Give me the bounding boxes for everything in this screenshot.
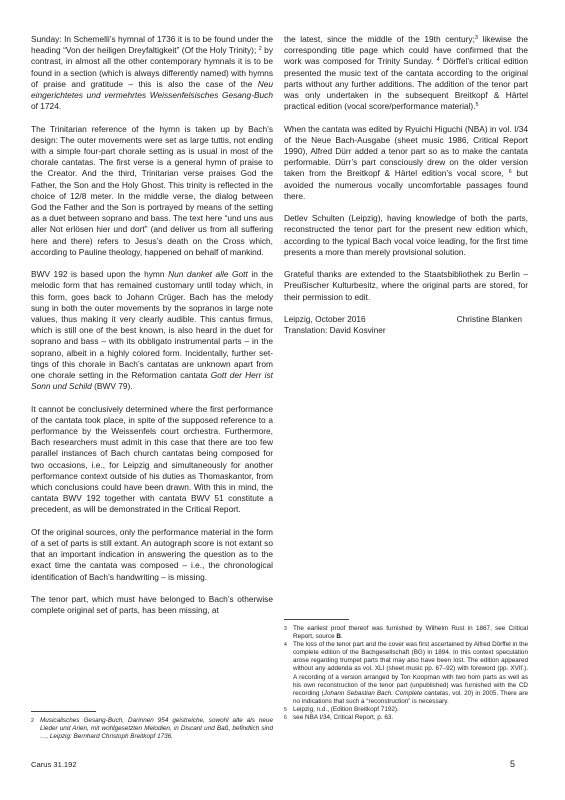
footnote-number: 2 (31, 717, 40, 741)
footnote-reference: 5 (476, 102, 479, 108)
signature-place-date: Leipzig, October 2016 (284, 314, 366, 325)
paragraph: It cannot be conclusively determined whe… (31, 404, 273, 516)
footnote-reference: 2 (259, 46, 262, 52)
footnote-text: Musicalisches Gesang-Buch, Darinnen 954 … (40, 717, 273, 741)
footnote-list: 3The earliest proof thereof was furnishe… (284, 625, 528, 722)
footnotes-left: 2Musicalisches Gesang-Buch, Darinnen 954… (31, 711, 273, 741)
footnote-rule (284, 619, 349, 620)
footnote-reference: 6 (509, 169, 512, 175)
footnote-number: 5 (284, 706, 293, 714)
left-column: Sunday: In Schemelli’s hymnal of 1736 it… (31, 34, 273, 616)
footnote-text: Leipzig, n.d., (Edition Breitkopf 7192). (293, 706, 528, 714)
paragraph: Detlev Schulten (Leipzig), having knowle… (284, 213, 528, 258)
italic-text: Musicalisches Gesang-Buch, Darinnen 954 … (40, 717, 273, 740)
italic-text: Nun danket alle Gott (168, 269, 248, 279)
paragraph: Grateful thanks are extended to the Staa… (284, 269, 528, 303)
footnote-text: The loss of the tenor part and the cover… (293, 641, 528, 706)
signature-author: Christine Blanken (457, 314, 528, 325)
footnote: 3The earliest proof thereof was furnishe… (284, 625, 528, 641)
paragraph: the latest, since the middle of the 19th… (284, 34, 528, 112)
footnote-number: 6 (284, 714, 293, 722)
footnote-text: The earliest proof thereof was furnished… (293, 625, 528, 641)
paragraph: When the cantata was edited by Ryuichi H… (284, 124, 528, 202)
footnote-rule (31, 711, 96, 712)
signature-line: Leipzig, October 2016 Christine Blanken (284, 314, 528, 325)
footnotes-right: 3The earliest proof thereof was furnishe… (284, 619, 528, 722)
italic-text: Gott der Herr ist Sonn und Schild (31, 370, 273, 391)
paragraph: BWV 192 is based upon the hymn Nun danke… (31, 269, 273, 392)
footnote-reference: 3 (475, 35, 478, 41)
footnote: 4The loss of the tenor part and the cove… (284, 641, 528, 706)
paragraph: Sunday: In Schemelli’s hymnal of 1736 it… (31, 34, 273, 112)
footnote-number: 4 (284, 641, 293, 706)
footnote-number: 3 (284, 625, 293, 641)
footnote: 6see NBA I/34, Critical Report, p. 63. (284, 714, 528, 722)
footnote: 5Leipzig, n.d., (Edition Breitkopf 7192)… (284, 706, 528, 714)
paragraph: The tenor part, which must have belonged… (31, 594, 273, 616)
italic-text: Johann Sebastian Bach. Com­plete cantata… (324, 690, 449, 697)
translation-credit: Translation: David Kosviner (284, 325, 528, 336)
publisher-number: Carus 31.192 (31, 760, 77, 769)
italic-text: Neu eingerichtetes und vermehrtes Weisse… (31, 79, 273, 100)
right-column: the latest, since the middle of the 19th… (284, 34, 528, 336)
page-number: 5 (510, 759, 515, 769)
footnote: 2Musicalisches Gesang-Buch, Darinnen 954… (31, 717, 273, 741)
paragraph: The Trinitarian reference of the hymn is… (31, 124, 273, 258)
paragraph: Of the original sources, only the perfor… (31, 527, 273, 583)
footnote-list: 2Musicalisches Gesang-Buch, Darinnen 954… (31, 717, 273, 741)
right-column-paragraphs: the latest, since the middle of the 19th… (284, 34, 528, 303)
footnote-text: see NBA I/34, Critical Report, p. 63. (293, 714, 528, 722)
bold-text: B (336, 633, 341, 640)
footnote-reference: 4 (437, 57, 440, 63)
